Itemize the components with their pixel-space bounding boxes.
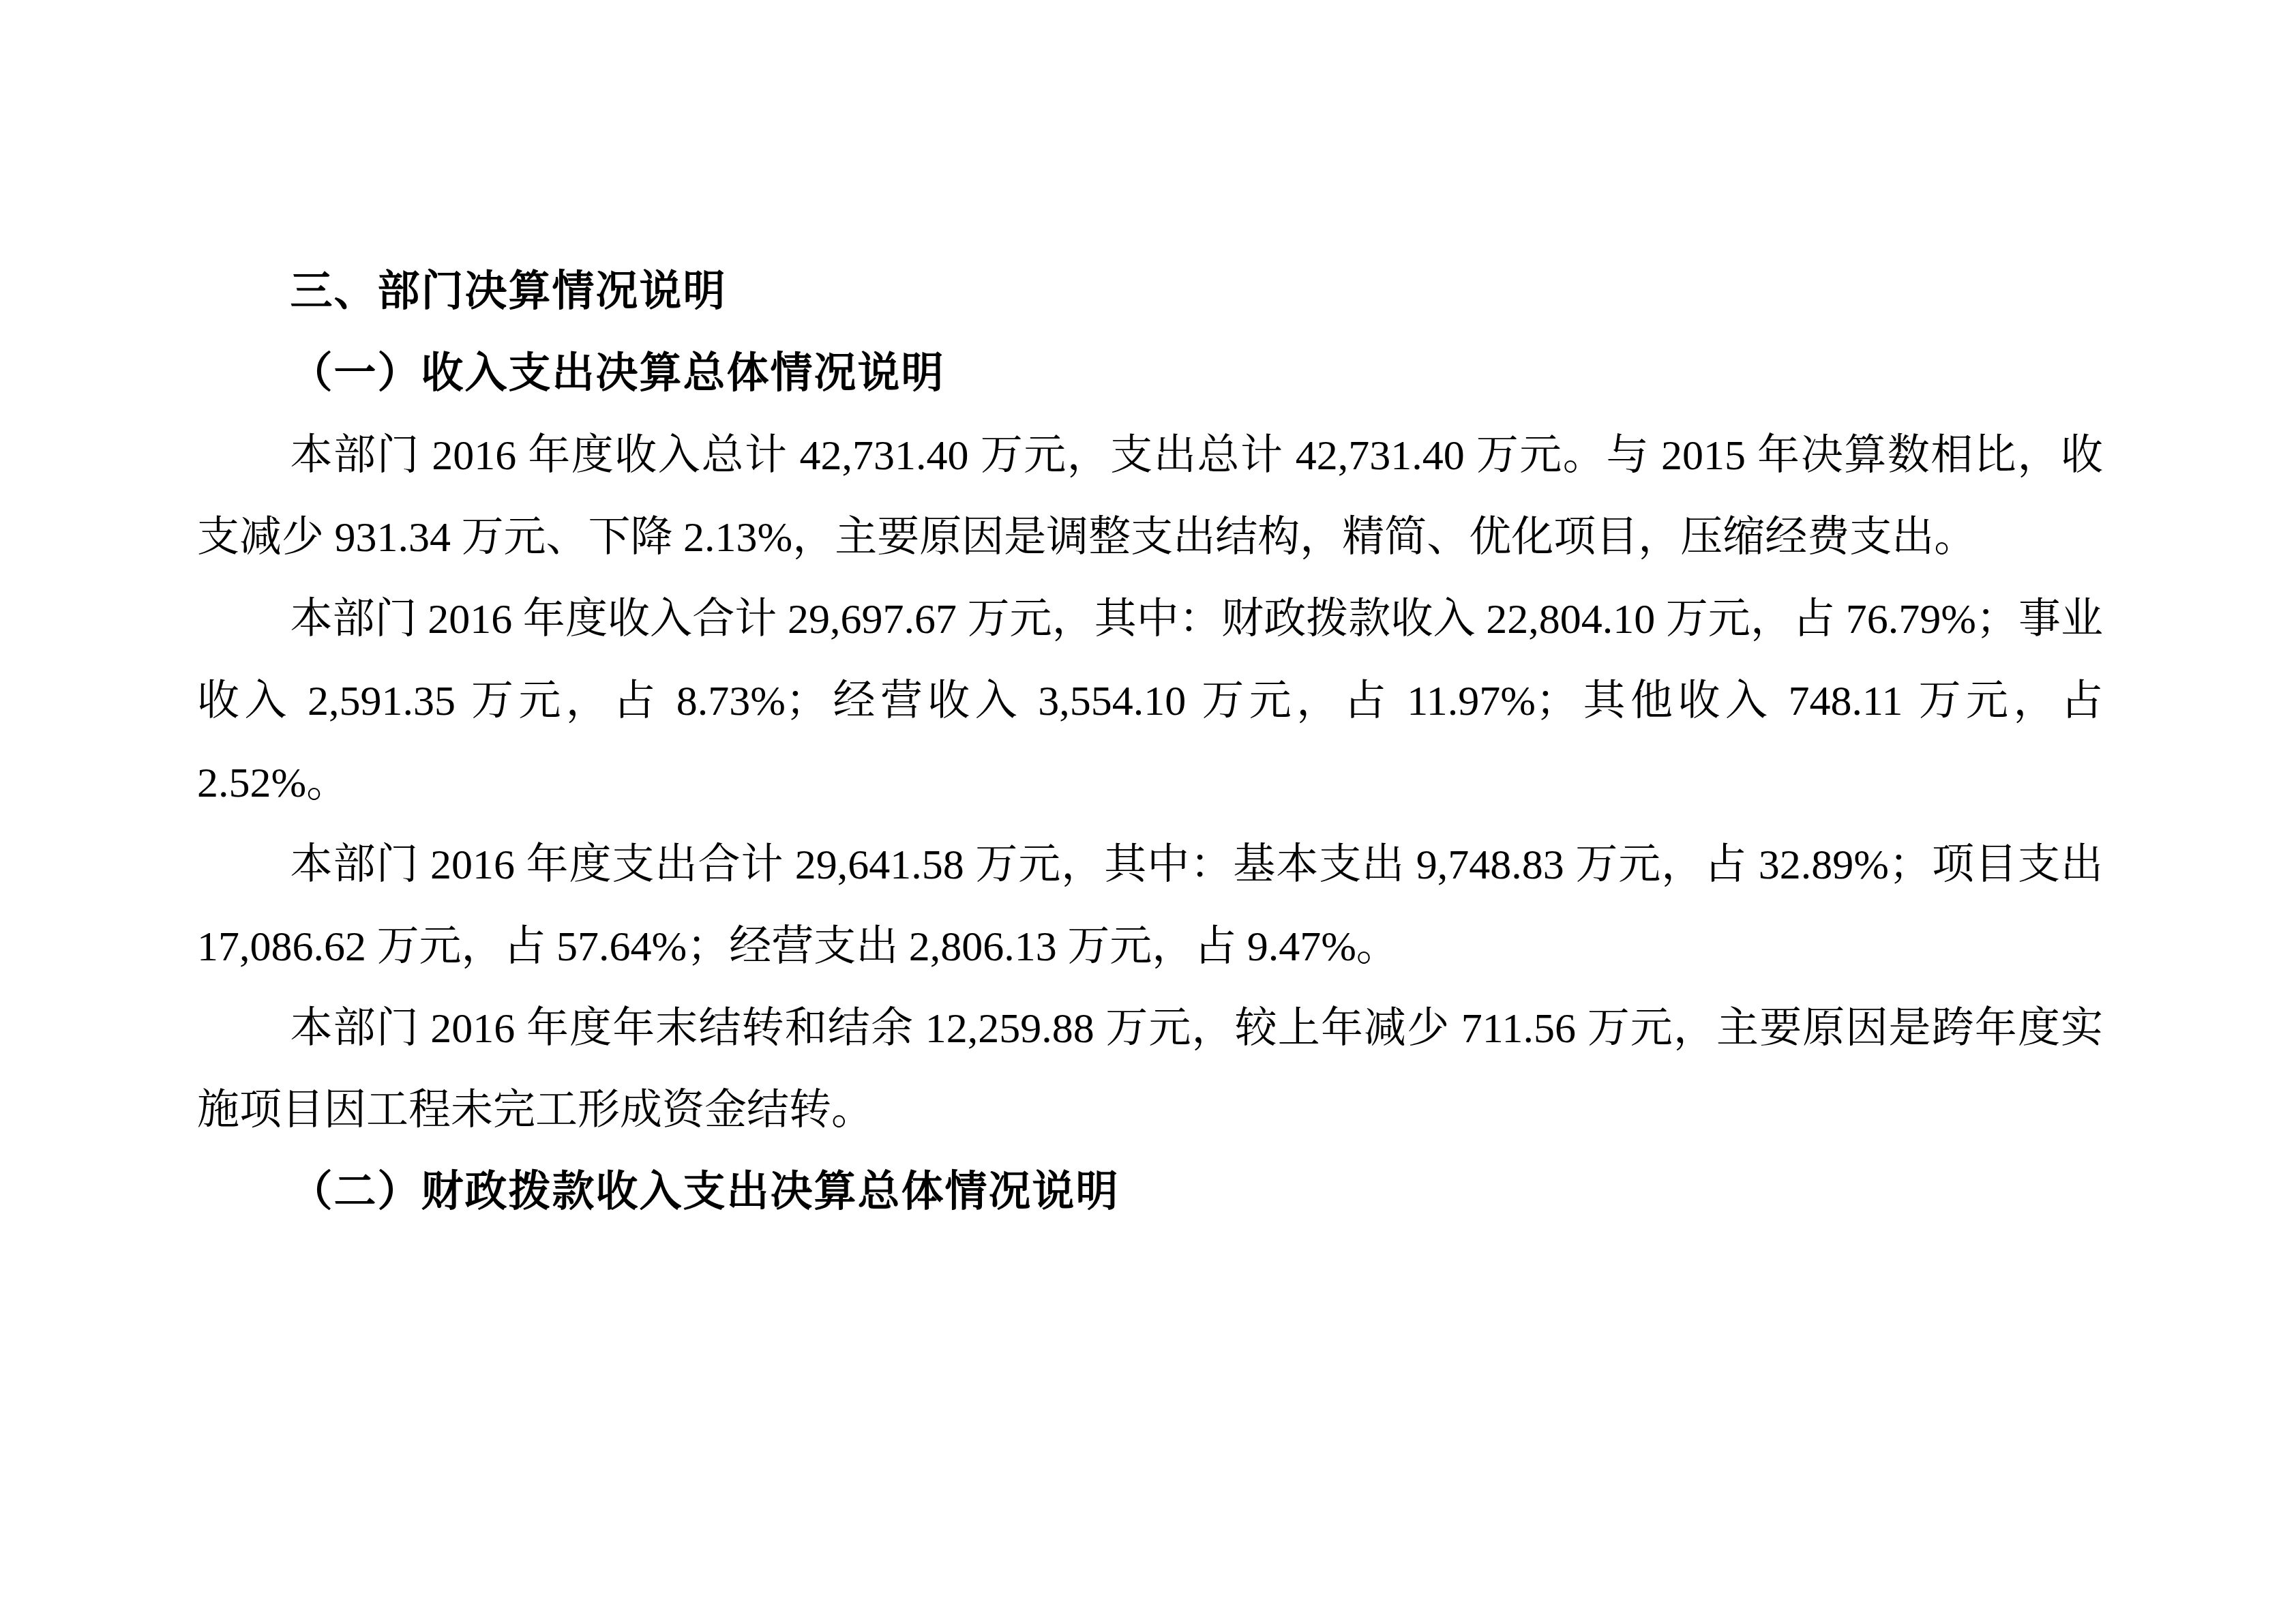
document-page: 三、部门决算情况说明 （一）收入支出决算总体情况说明 本部门 2016 年度收入… [0,0,2296,1624]
paragraph-income-breakdown: 本部门 2016 年度收入合计 29,697.67 万元，其中：财政拨款收入 2… [197,578,2103,824]
paragraph-expenditure-breakdown: 本部门 2016 年度支出合计 29,641.58 万元，其中：基本支出 9,7… [197,824,2103,988]
document-content: 三、部门决算情况说明 （一）收入支出决算总体情况说明 本部门 2016 年度收入… [197,251,2103,1233]
paragraph-year-end-carryover: 本部门 2016 年度年末结转和结余 12,259.88 万元，较上年减少 71… [197,988,2103,1151]
paragraph-total-income-expenditure: 本部门 2016 年度收入总计 42,731.40 万元，支出总计 42,731… [197,415,2103,578]
section-heading: 三、部门决算情况说明 [197,251,2103,333]
subsection-heading-fiscal-appropriation: （二）财政拨款收入支出决算总体情况说明 [197,1151,2103,1233]
subsection-heading-income-expenditure: （一）收入支出决算总体情况说明 [197,333,2103,415]
